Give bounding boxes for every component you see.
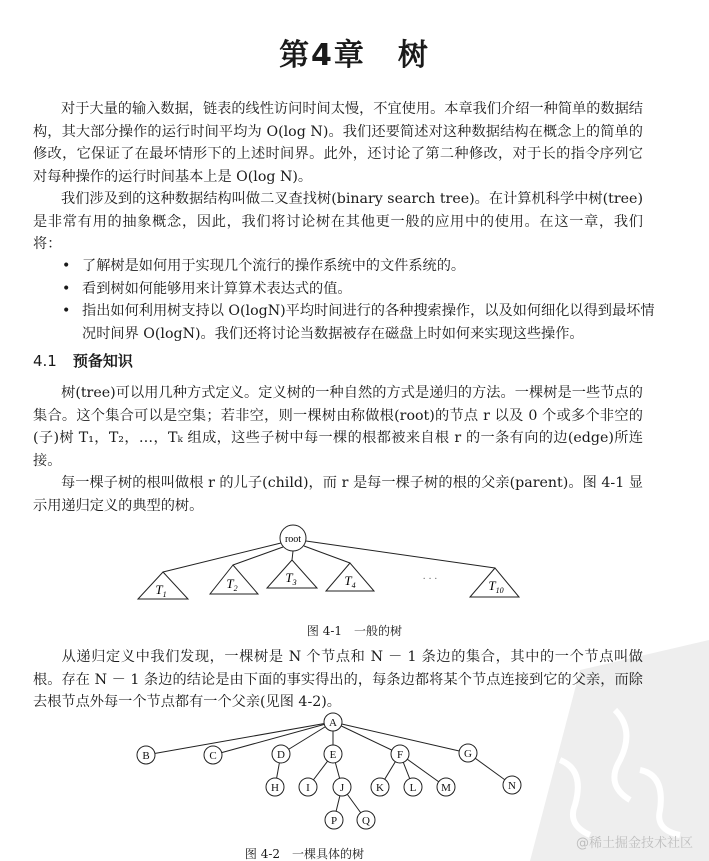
ellipsis: · · · <box>423 574 438 585</box>
node-label: C <box>209 750 216 762</box>
node-label: I <box>306 782 310 794</box>
node-label: N <box>508 780 516 792</box>
node-label: M <box>441 782 451 794</box>
node-label: P <box>331 815 337 827</box>
subtree-label-t1: T1 <box>155 582 166 599</box>
subtree-label-t2: T2 <box>226 576 237 593</box>
watermark-text: @稀土掘金技术社区 <box>576 832 693 851</box>
figure-4-2-caption: 图 4-2 一棵具体的树 <box>0 845 659 861</box>
root-node-label: root <box>285 534 301 545</box>
node-label: J <box>340 782 345 794</box>
node-label: L <box>410 782 417 794</box>
subtree-label-t3: T3 <box>285 570 296 587</box>
figure-4-1-caption: 图 4-1 一般的树 <box>0 622 709 639</box>
figure-4-1-general-tree: root T1 T2 T3 T4 T10 · · · <box>0 0 709 640</box>
node-label: Q <box>362 815 370 827</box>
node-label: A <box>329 717 337 729</box>
node-label: E <box>330 749 337 761</box>
node-label: B <box>142 750 149 762</box>
subtree-label-t10: T10 <box>488 578 503 595</box>
node-label: F <box>397 749 403 761</box>
node-label: D <box>277 749 285 761</box>
node-label: G <box>464 748 472 760</box>
subtree-label-t4: T4 <box>344 573 355 590</box>
figure-4-2-concrete-tree: A B C D E F G H I J K L M N P Q <box>0 700 709 840</box>
node-label: H <box>271 782 279 794</box>
node-label: K <box>376 782 384 794</box>
